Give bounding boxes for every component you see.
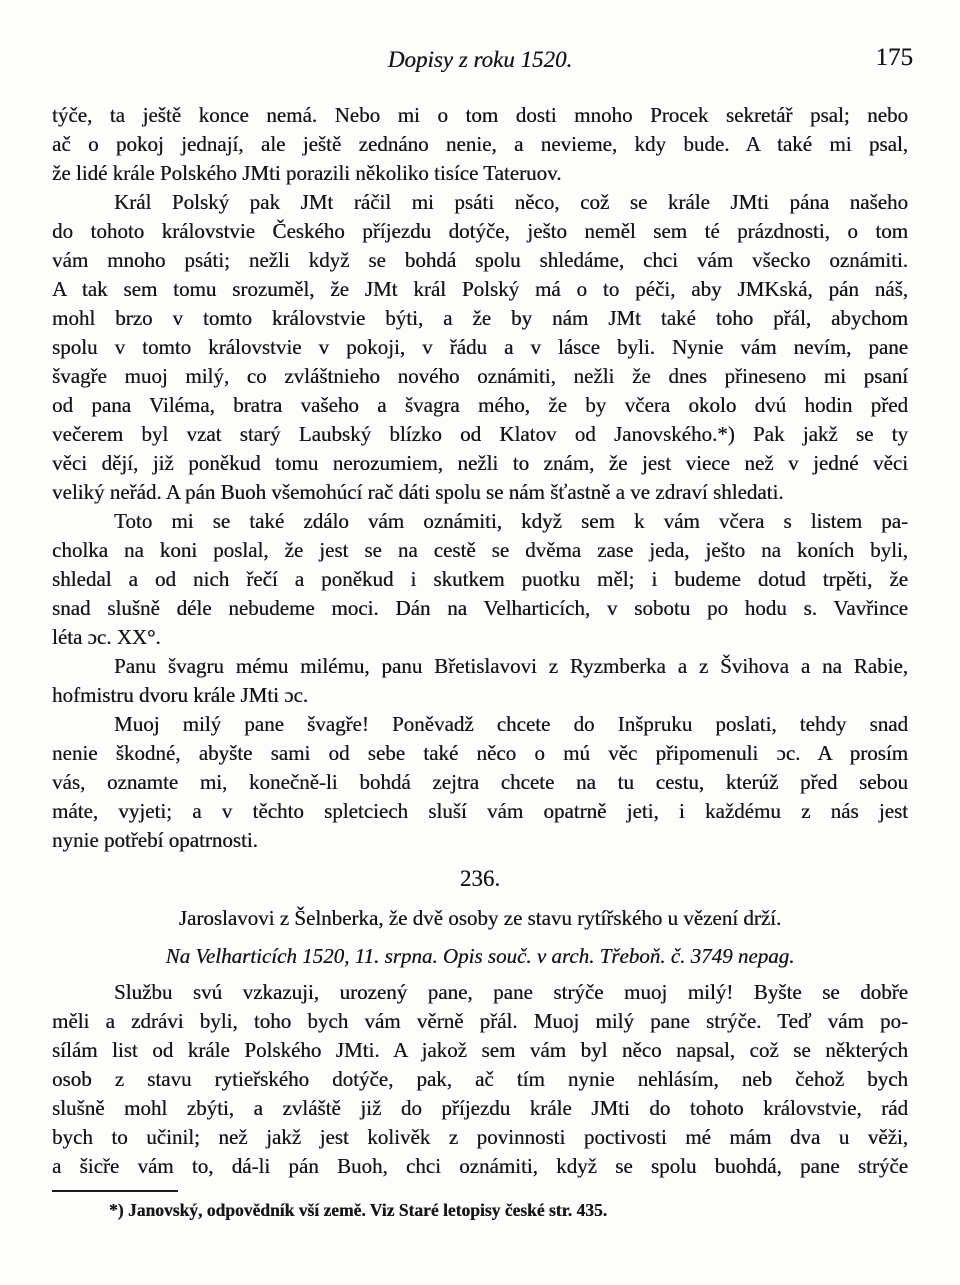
text-line: A tak sem tomu srozuměl, že JMt král Pol… — [52, 275, 908, 304]
text-line: sílám list od krále Polského JMti. A jak… — [52, 1036, 908, 1065]
text-line: Panu švagru mému milému, panu Břetislavo… — [52, 652, 908, 681]
running-title: Dopisy z roku 1520. — [0, 45, 960, 75]
book-page: Dopisy z roku 1520. 175 týče, ta ještě k… — [0, 0, 960, 1285]
text-line: veliký neřád. A pán Buoh všemohúcí rač d… — [52, 478, 908, 507]
letter-summary: Jaroslavovi z Šelnberka, že dvě osoby ze… — [0, 904, 960, 933]
text-line: mohl brzo v tomto královstvie býti, a že… — [52, 304, 908, 333]
text-line: hofmistru dvoru krále JMti ɔc. — [52, 681, 908, 710]
letter-235-continuation-text: týče, ta ještě konce nemá. Nebo mi o tom… — [52, 101, 908, 855]
text-line: Král Polský pak JMt ráčil mi psáti něco,… — [52, 188, 908, 217]
text-line: večerem byl vzat starý Laubský blízko od… — [52, 420, 908, 449]
letter-source-note: Na Velharticích 1520, 11. srpna. Opis so… — [0, 942, 960, 971]
text-line: snad slušně déle nebudeme moci. Dán na V… — [52, 594, 908, 623]
footnote: *) Janovský, odpovědník vší země. Viz St… — [52, 1197, 908, 1223]
text-line: že lidé krále Polského JMti porazili něk… — [52, 159, 908, 188]
section-number: 236. — [0, 864, 960, 894]
text-line: a šicře vám to, dá-li pán Buoh, chci ozn… — [52, 1152, 908, 1181]
text-line: ač o pokoj jednají, ale ještě zednáno ne… — [52, 130, 908, 159]
text-line: spolu v tomto královstvie v pokoji, v řá… — [52, 333, 908, 362]
text-line: věci dějí, již poněkud tomu nerozumiem, … — [52, 449, 908, 478]
text-line: Službu svú vzkazuji, urozený pane, pane … — [52, 978, 908, 1007]
text-line: cholka na koni poslal, že jest se na ces… — [52, 536, 908, 565]
text-line: vám mnoho psáti; nežli když se bohdá spo… — [52, 246, 908, 275]
text-line: máte, vyjeti; a v těchto spletciech sluš… — [52, 797, 908, 826]
text-line: Toto mi se také zdálo vám oznámiti, když… — [52, 507, 908, 536]
text-line: slušně mohl zbýti, a zvláště již do příj… — [52, 1094, 908, 1123]
text-line: nenie škodné, abyšte sami od sebe také n… — [52, 739, 908, 768]
text-line: švagře muoj milý, co zvláštnieho nového … — [52, 362, 908, 391]
text-line: vás, oznamte mi, konečně-li bohdá zejtra… — [52, 768, 908, 797]
footnote-separator-rule — [52, 1190, 178, 1192]
text-line: shledal a od nich řečí a poněkud i skutk… — [52, 565, 908, 594]
letter-236-text: Službu svú vzkazuji, urozený pane, pane … — [52, 978, 908, 1181]
text-line: Muoj milý pane švagře! Poněvadž chcete d… — [52, 710, 908, 739]
text-line: měli a zdrávi byli, toho bych vám věrně … — [52, 1007, 908, 1036]
text-line: léta ɔc. XX°. — [52, 623, 908, 652]
text-line: osob z stavu rytieřského dotýče, pak, ač… — [52, 1065, 908, 1094]
text-line: bych to učinil; než jakž jest kolivěk z … — [52, 1123, 908, 1152]
text-line: do tohoto královstvie Českého příjezdu d… — [52, 217, 908, 246]
text-line: týče, ta ještě konce nemá. Nebo mi o tom… — [52, 101, 908, 130]
page-number: 175 — [876, 43, 914, 73]
text-line: nynie potřebí opatrnosti. — [52, 826, 908, 855]
page-header: Dopisy z roku 1520. 175 — [0, 0, 960, 75]
text-line: od pana Viléma, bratra vašeho a švagra m… — [52, 391, 908, 420]
